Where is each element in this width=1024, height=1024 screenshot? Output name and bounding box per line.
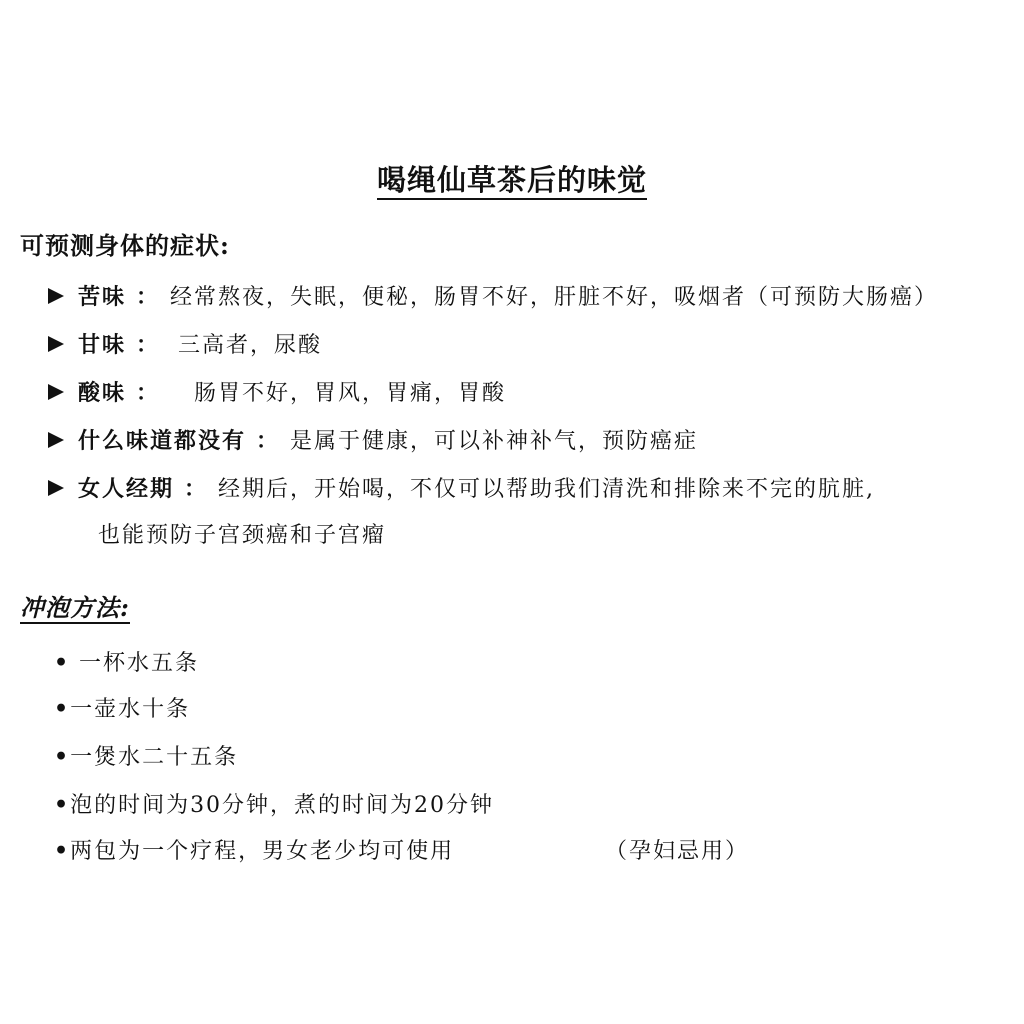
bullet-icon: • [54,792,70,818]
symptom-continuation: 也能预防子宫颈癌和子宫瘤 [98,518,386,549]
symptom-item: 什么味道都没有 ： 是属于健康，可以补神补气，预防癌症 [48,424,698,455]
brewing-item: •泡的时间为30分钟，煮的时间为20分钟 [54,788,494,819]
arrow-bullet-icon [48,480,64,496]
symptom-label: 甘味 [78,328,126,359]
symptom-separator: ： [256,424,278,455]
symptom-label: 酸味 [78,376,126,407]
symptom-description: 经常熬夜，失眠，便秘，肠胃不好，肝脏不好，吸烟者（可预防大肠癌） [170,280,938,311]
brewing-text: 两包为一个疗程，男女老少均可使用 [70,839,454,864]
brewing-item: •两包为一个疗程，男女老少均可使用 （孕妇忌用） [54,834,774,865]
symptom-separator: ： [136,328,158,359]
symptom-item: 酸味 ： 肠胃不好，胃风，胃痛，胃酸 [48,376,506,407]
brewing-text: 一壶水十条 [70,697,190,722]
brewing-text: 一煲水二十五条 [70,745,238,770]
arrow-bullet-icon [48,336,64,352]
symptom-item: 女人经期 ： 经期后，开始喝，不仅可以帮助我们清洗和排除来不完的肮脏, [48,472,875,503]
bullet-icon: • [54,838,70,864]
symptom-item: 苦味 ： 经常熬夜，失眠，便秘，肠胃不好，肝脏不好，吸烟者（可预防大肠癌） [48,280,938,311]
page-title-text: 喝绳仙草茶后的味觉 [377,163,647,200]
brewing-item: •一煲水二十五条 [54,740,238,771]
symptom-item: 甘味 ： 三高者，尿酸 [48,328,322,359]
brewing-item: • 一杯水五条 [54,646,199,677]
symptom-label: 女人经期 [78,472,174,503]
symptom-description: 是属于健康，可以补神补气，预防癌症 [290,424,698,455]
bullet-icon: • [54,650,70,676]
symptom-separator: ： [136,376,158,407]
brewing-heading: 冲泡方法: [20,588,130,623]
symptom-separator: ： [136,280,158,311]
page-title: 喝绳仙草茶后的味觉 [0,158,1024,199]
symptom-label: 什么味道都没有 [78,424,246,455]
symptom-separator: ： [184,472,206,503]
pregnancy-warning: （孕妇忌用） [605,834,749,865]
bullet-icon: • [54,744,70,770]
brewing-item: •一壶水十条 [54,692,190,723]
bullet-icon: • [54,696,70,722]
symptom-label: 苦味 [78,280,126,311]
brewing-text: 一杯水五条 [70,651,199,676]
arrow-bullet-icon [48,432,64,448]
brewing-heading-text: 冲泡方法: [20,593,130,624]
symptom-description: 三高者，尿酸 [178,328,322,359]
arrow-bullet-icon [48,384,64,400]
brewing-text: 泡的时间为30分钟，煮的时间为20分钟 [70,793,494,818]
symptom-description: 经期后，开始喝，不仅可以帮助我们清洗和排除来不完的肮脏, [218,472,875,503]
symptom-description: 肠胃不好，胃风，胃痛，胃酸 [194,376,506,407]
arrow-bullet-icon [48,288,64,304]
symptoms-heading: 可预测身体的症状: [20,226,230,261]
